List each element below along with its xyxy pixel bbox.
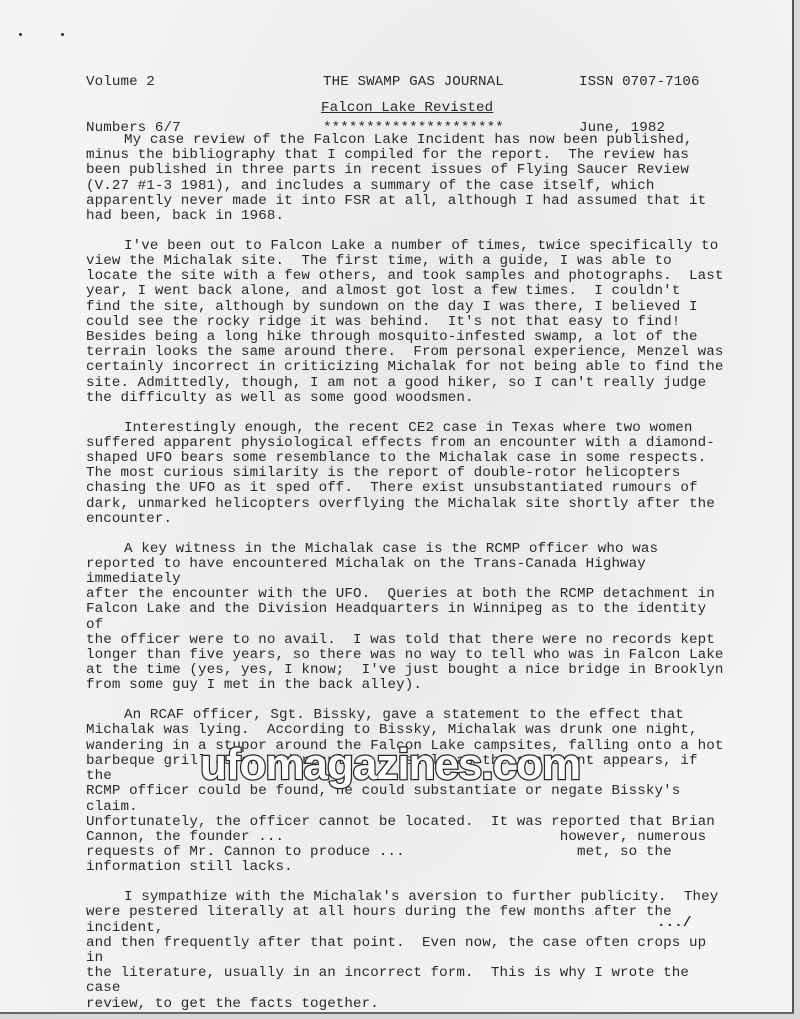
punch-hole-mark <box>19 33 22 36</box>
document-page: Volume 2 Numbers 6/7 THE SWAMP GAS JOURN… <box>0 0 794 1014</box>
paragraph: Interestingly enough, the recent CE2 cas… <box>86 421 726 527</box>
volume-label: Volume 2 <box>86 75 181 90</box>
article-title: Falcon Lake Revisted <box>321 101 493 116</box>
issn-label: ISSN 0707-7106 <box>579 75 700 90</box>
paragraph: I sympathize with the Michalak's aversio… <box>86 890 726 1012</box>
corner-mark: ... <box>96 993 116 1008</box>
paragraph: I've been out to Falcon Lake a number of… <box>86 239 726 406</box>
paragraph: A key witness in the Michalak case is th… <box>86 542 726 694</box>
site-watermark: ufomagazines.com <box>200 743 580 787</box>
paragraph: An RCAF officer, Sgt. Bissky, gave a sta… <box>86 708 726 875</box>
journal-header: Volume 2 Numbers 6/7 THE SWAMP GAS JOURN… <box>86 45 696 85</box>
punch-hole-mark <box>61 33 64 36</box>
paragraph: My case review of the Falcon Lake Incide… <box>86 133 726 224</box>
journal-title: THE SWAMP GAS JOURNAL <box>323 75 504 90</box>
continued-marker: .../ <box>657 916 691 931</box>
article-body: My case review of the Falcon Lake Incide… <box>86 133 726 1019</box>
